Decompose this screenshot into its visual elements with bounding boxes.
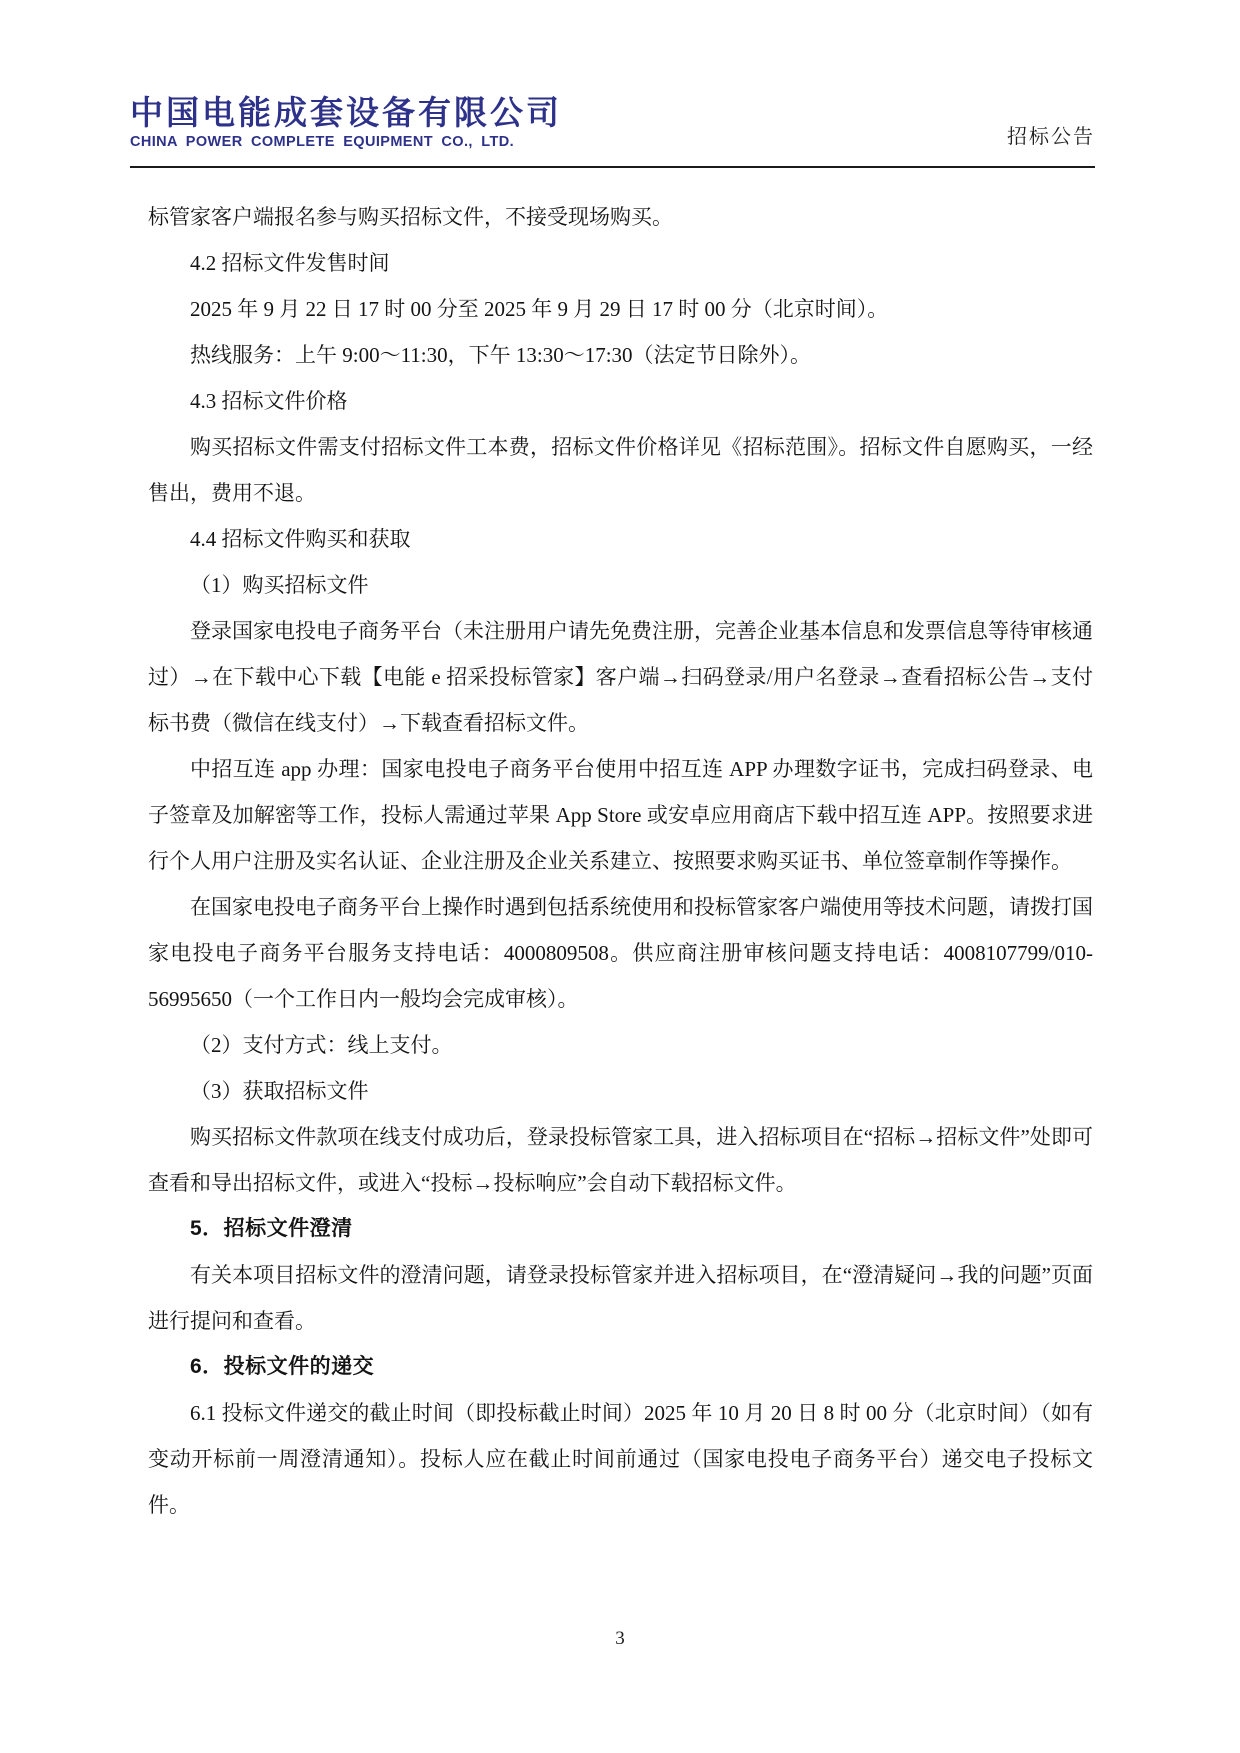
section-heading: 6．投标文件的递交 (148, 1344, 1093, 1390)
company-name-english: CHINA POWER COMPLETE EQUIPMENT CO., LTD. (130, 135, 562, 150)
paragraph: （3）获取招标文件 (148, 1068, 1093, 1114)
paragraph: 有关本项目招标文件的澄清问题，请登录投标管家并进入招标项目，在“澄清疑问→我的问… (148, 1252, 1093, 1344)
paragraph: 标管家客户端报名参与购买招标文件，不接受现场购买。 (148, 194, 1093, 240)
paragraph: 热线服务：上午 9:00～11:30，下午 13:30～17:30（法定节日除外… (148, 332, 1093, 378)
paragraph: 购买招标文件需支付招标文件工本费，招标文件价格详见《招标范围》。招标文件自愿购买… (148, 424, 1093, 516)
page-footer: 3 (0, 1628, 1240, 1650)
document-page: 中国电能成套设备有限公司 CHINA POWER COMPLETE EQUIPM… (0, 0, 1240, 1753)
section-heading: 5．招标文件澄清 (148, 1206, 1093, 1252)
paragraph: 购买招标文件款项在线支付成功后，登录投标管家工具，进入招标项目在“招标→招标文件… (148, 1114, 1093, 1206)
paragraph: 中招互连 app 办理：国家电投电子商务平台使用中招互连 APP 办理数字证书，… (148, 746, 1093, 884)
paragraph: 登录国家电投电子商务平台（未注册用户请先免费注册，完善企业基本信息和发票信息等待… (148, 608, 1093, 746)
company-name-chinese: 中国电能成套设备有限公司 (130, 96, 562, 129)
paragraph: 在国家电投电子商务平台上操作时遇到包括系统使用和投标管家客户端使用等技术问题，请… (148, 884, 1093, 1022)
paragraph: 2025 年 9 月 22 日 17 时 00 分至 2025 年 9 月 29… (148, 286, 1093, 332)
paragraph: （1）购买招标文件 (148, 562, 1093, 608)
paragraph: （2）支付方式：线上支付。 (148, 1022, 1093, 1068)
paragraph: 4.2 招标文件发售时间 (148, 240, 1093, 286)
paragraph: 4.4 招标文件购买和获取 (148, 516, 1093, 562)
company-logo: 中国电能成套设备有限公司 CHINA POWER COMPLETE EQUIPM… (130, 96, 562, 150)
header-divider (130, 166, 1095, 168)
document-type-label: 招标公告 (1007, 120, 1095, 150)
paragraph: 4.3 招标文件价格 (148, 378, 1093, 424)
page-header: 中国电能成套设备有限公司 CHINA POWER COMPLETE EQUIPM… (130, 96, 1095, 150)
page-number: 3 (615, 1628, 625, 1649)
paragraph: 6.1 投标文件递交的截止时间（即投标截止时间）2025 年 10 月 20 日… (148, 1390, 1093, 1528)
document-body: 标管家客户端报名参与购买招标文件，不接受现场购买。4.2 招标文件发售时间202… (148, 194, 1093, 1528)
